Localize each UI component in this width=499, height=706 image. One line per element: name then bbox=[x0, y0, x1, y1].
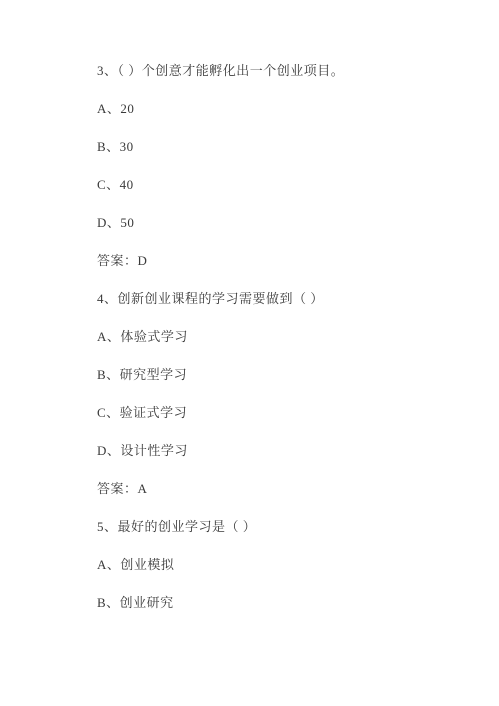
question-3-option-d: D、50 bbox=[97, 216, 479, 230]
question-5-option-b: B、创业研究 bbox=[97, 596, 479, 610]
question-3-option-a: A、20 bbox=[97, 102, 479, 116]
question-4-option-d: D、设计性学习 bbox=[97, 444, 479, 458]
question-4-text: 4、创新创业课程的学习需要做到（ ） bbox=[97, 292, 479, 306]
question-4-answer: 答案：A bbox=[97, 482, 479, 496]
question-3-option-b: B、30 bbox=[97, 140, 479, 154]
question-5-option-a: A、创业模拟 bbox=[97, 558, 479, 572]
quiz-text-block: 3、（ ）个创意才能孵化出一个创业项目。 A、20 B、30 C、40 D、50… bbox=[97, 64, 479, 634]
question-5-text: 5、最好的创业学习是（ ） bbox=[97, 520, 479, 534]
question-4-option-b: B、研究型学习 bbox=[97, 368, 479, 382]
document-page: 3、（ ）个创意才能孵化出一个创业项目。 A、20 B、30 C、40 D、50… bbox=[0, 0, 499, 706]
question-4-option-c: C、验证式学习 bbox=[97, 406, 479, 420]
question-4-option-a: A、体验式学习 bbox=[97, 330, 479, 344]
question-3-answer: 答案：D bbox=[97, 254, 479, 268]
question-3-option-c: C、40 bbox=[97, 178, 479, 192]
question-3-text: 3、（ ）个创意才能孵化出一个创业项目。 bbox=[97, 64, 479, 78]
